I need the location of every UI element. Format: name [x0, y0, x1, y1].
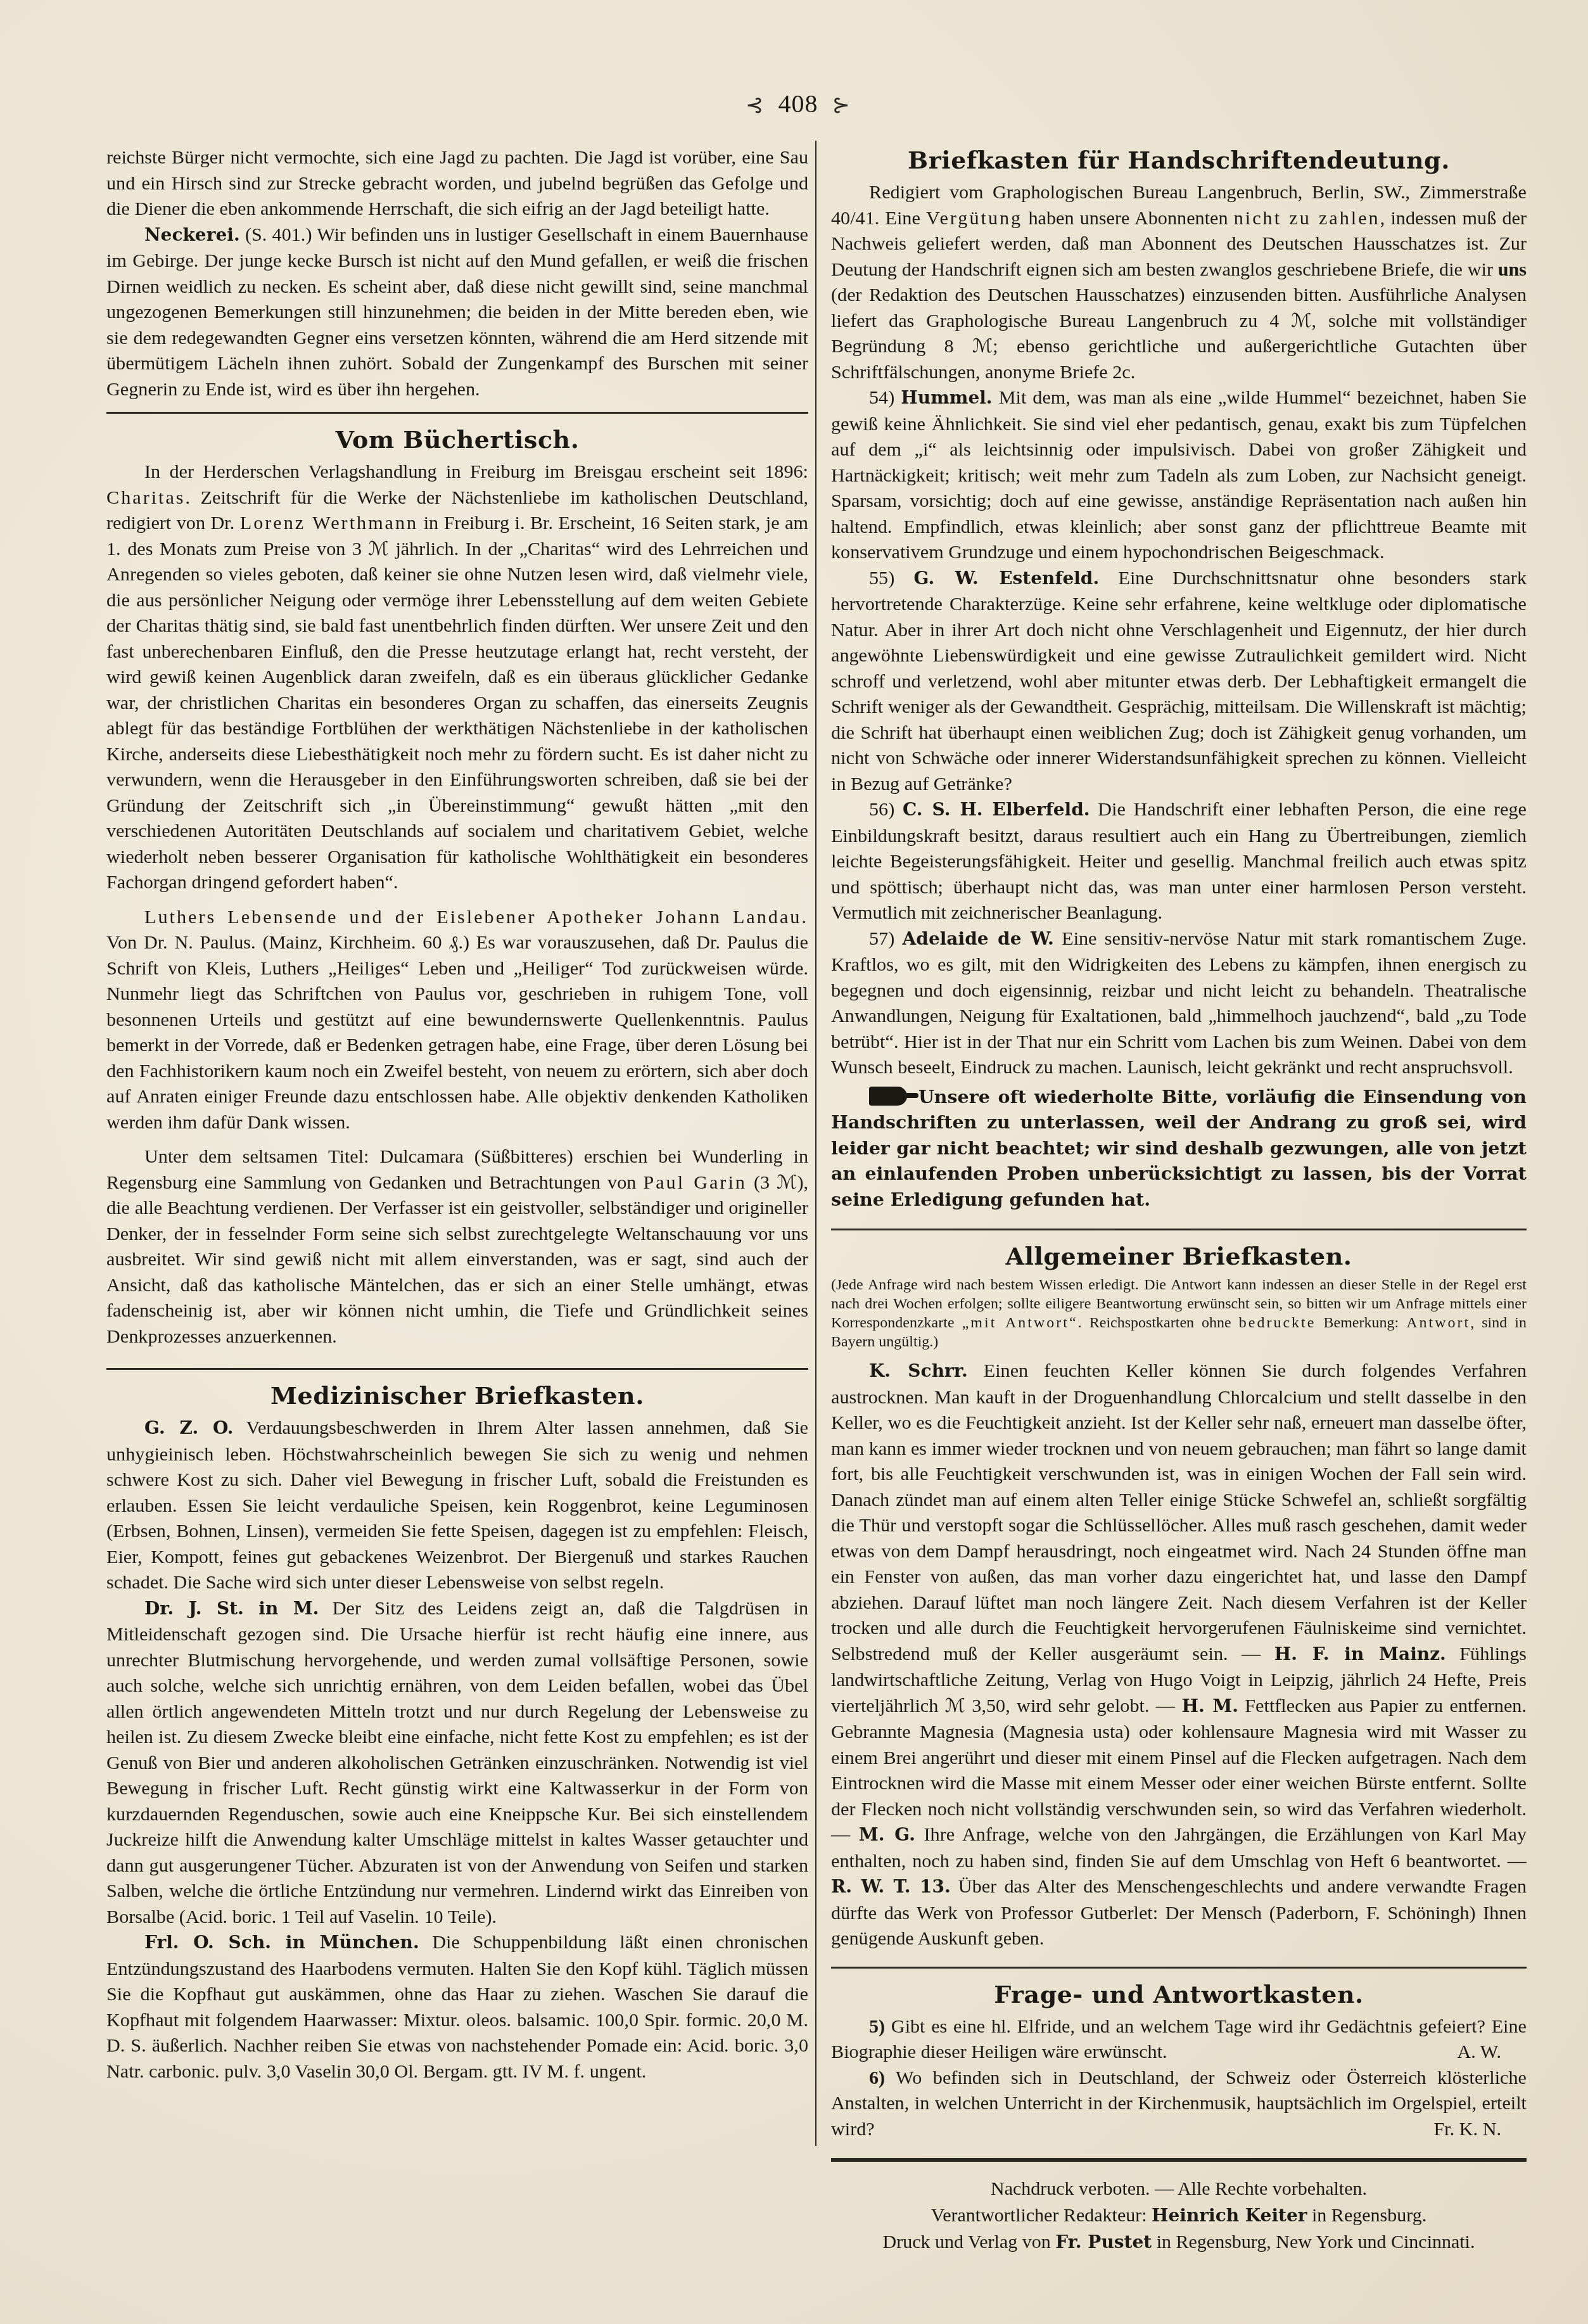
author-name: Paul Garin — [643, 1172, 746, 1193]
question-signature: A. W. — [1419, 2039, 1527, 2065]
section-title-medizin: Medizinischer Briefkasten. — [106, 1381, 808, 1410]
list-item: Frl. O. Sch. in München. Die Schuppenbil… — [106, 1929, 808, 2084]
entry-lead: R. W. T. 13. — [831, 1876, 951, 1897]
entry-text: Fettflecken aus Papier zu entfernen. Geb… — [831, 1695, 1527, 1846]
pointing-hand-icon — [869, 1087, 907, 1106]
text: in Regensburg. — [1307, 2205, 1427, 2226]
entry-number: 56) — [869, 798, 894, 820]
list-item: 55) G. W. Estenfeld. Eine Durchschnittsn… — [831, 565, 1527, 797]
footer-divider — [831, 2158, 1527, 2162]
entry-number: 54) — [869, 386, 894, 408]
section-title-frage: Frage- und Antwortkasten. — [831, 1980, 1527, 2008]
copyright-notice: Nachdruck verboten. — Alle Rechte vorbeh… — [831, 2176, 1527, 2202]
text: Antwort — [1406, 1315, 1470, 1331]
entry-lead: Dr. J. St. in M. — [144, 1598, 319, 1619]
text: . Reichspostkarten ohne — [1078, 1315, 1239, 1331]
text: (der Redaktion des Deutschen Hausschatze… — [831, 284, 1527, 383]
entry-lead: Frl. O. Sch. in München. — [144, 1932, 419, 1953]
list-item: Dr. J. St. in M. Der Sitz des Leidens ze… — [106, 1595, 808, 1930]
question-signature: Fr. K. N. — [1395, 2116, 1527, 2142]
publisher-line: Druck und Verlag von Fr. Pustet in Regen… — [831, 2229, 1527, 2256]
list-item: 54) Hummel. Mit dem, was man als eine „w… — [831, 385, 1527, 565]
medical-entries: G. Z. O. Verdauungsbeschwerden in Ihrem … — [106, 1415, 808, 2084]
section-divider — [106, 1368, 808, 1370]
entry-lead: Hummel. — [901, 387, 992, 408]
section-title-handschrift: Briefkasten für Handschriftendeutung. — [831, 146, 1527, 174]
entry-lead: M. G. — [859, 1824, 915, 1845]
entry-number: 57) — [869, 928, 894, 949]
entry-text: Mit dem, was man als eine „wilde Hummel“… — [831, 386, 1527, 563]
handschrift-notice: Unsere oft wiederholte Bitte, vorläufig … — [831, 1084, 1527, 1213]
article-continuation: reichste Bürger nicht vermochte, sich ei… — [106, 144, 808, 222]
text: „mit Antwort“ — [962, 1315, 1078, 1331]
review-dulcamara: Unter dem seltsamen Titel: Dulcamara (Sü… — [106, 1144, 808, 1349]
text: in Regensburg, New York und Cincinnati. — [1152, 2231, 1475, 2252]
list-item: 56) C. S. H. Elberfeld. Die Handschrift … — [831, 796, 1527, 926]
text: Vergütung — [926, 207, 1022, 229]
book-title: Luthers Lebensende und der Eislebener Ap… — [144, 906, 808, 928]
text: (3 ℳ), die alle Beachtung verdienen. Der… — [106, 1172, 808, 1347]
question-number: 6) — [869, 2067, 885, 2088]
entry-text: (S. 401.) Wir befinden uns in lustiger G… — [106, 224, 808, 400]
entry-text: Verdauungsbeschwerden in Ihrem Alter las… — [106, 1417, 808, 1593]
list-item: 57) Adelaide de W. Eine sensitiv-nervöse… — [831, 926, 1527, 1080]
column-divider — [815, 141, 816, 2146]
text: In der Herderschen Verlagshandlung in Fr… — [144, 461, 808, 482]
text: Druck und Verlag von — [883, 2231, 1056, 2252]
editor-name: Lorenz Werthmann — [240, 512, 419, 533]
entry-text: Ihre Anfrage, welche von den Jahrgängen,… — [831, 1823, 1527, 1872]
section-divider — [831, 1229, 1527, 1230]
entry-text: Eine sensitiv-nervöse Natur mit stark ro… — [831, 928, 1527, 1078]
text: uns — [1498, 259, 1527, 280]
entry-text: Die Schuppenbildung läßt einen chronisch… — [106, 1931, 808, 2082]
section-divider — [106, 412, 808, 414]
text: in Freiburg i. Br. Erscheint, 16 Seiten … — [106, 512, 808, 893]
question-5: 5) Gibt es eine hl. Elfride, und an welc… — [831, 2014, 1527, 2065]
section-title-allgemein: Allgemeiner Briefkasten. — [831, 1242, 1527, 1270]
publisher-name: Fr. Pustet — [1055, 2231, 1152, 2252]
allgemein-note: (Jede Anfrage wird nach bestem Wissen er… — [831, 1275, 1527, 1351]
editor-line: Verantwortlicher Redakteur: Heinrich Kei… — [831, 2202, 1527, 2229]
entry-text: Einen feuchten Keller können Sie durch f… — [831, 1360, 1527, 1664]
allgemein-answers: K. Schrr. Einen feuchten Keller können S… — [831, 1358, 1527, 1951]
entry-number: 55) — [869, 567, 894, 589]
list-item: G. Z. O. Verdauungsbeschwerden in Ihrem … — [106, 1415, 808, 1595]
entry-lead: C. S. H. Elberfeld. — [903, 799, 1090, 820]
imprint: Nachdruck verboten. — Alle Rechte vorbeh… — [831, 2176, 1527, 2256]
page-number: 408 — [778, 89, 818, 118]
ornament-left-icon: ⊰ — [746, 94, 765, 117]
left-column: reichste Bürger nicht vermochte, sich ei… — [106, 144, 808, 2084]
journal-name: Charitas — [106, 487, 186, 508]
text: nicht zu zahlen — [1234, 207, 1380, 229]
entry-lead: G. Z. O. — [144, 1417, 233, 1438]
text: Bemerkung: — [1316, 1315, 1406, 1331]
page-header: ⊰408⊱ — [684, 89, 912, 118]
entry-lead: G. W. Estenfeld. — [914, 568, 1100, 589]
question-6: 6) Wo befinden sich in Deutschland, der … — [831, 2065, 1527, 2142]
text: haben unsere Abonnenten — [1022, 207, 1233, 229]
text: Verantwortlicher Redakteur: — [931, 2205, 1152, 2226]
editor-name: Heinrich Keiter — [1152, 2205, 1307, 2226]
entry-lead: H. F. in Mainz. — [1274, 1644, 1446, 1664]
section-title-buechertisch: Vom Büchertisch. — [106, 425, 808, 454]
ornament-right-icon: ⊱ — [832, 94, 851, 117]
entry-lead: H. M. — [1181, 1695, 1238, 1716]
question-number: 5) — [869, 2015, 885, 2037]
entry-lead: Neckerei. — [144, 224, 240, 245]
review-charitas: In der Herderschen Verlagshandlung in Fr… — [106, 459, 808, 895]
entry-lead: K. Schrr. — [869, 1360, 968, 1381]
section-divider — [831, 1967, 1527, 1969]
text: Von Dr. N. Paulus. (Mainz, Kirchheim. 60… — [106, 931, 808, 1133]
handschrift-intro: Redigiert vom Graphologischen Bureau Lan… — [831, 179, 1527, 385]
text: bedruckte — [1239, 1315, 1316, 1331]
review-luther: Luthers Lebensende und der Eislebener Ap… — [106, 904, 808, 1135]
handschrift-entries: 54) Hummel. Mit dem, was man als eine „w… — [831, 385, 1527, 1080]
entry-lead: Adelaide de W. — [903, 928, 1054, 949]
entry-text: Der Sitz des Leidens zeigt an, daß die T… — [106, 1597, 808, 1927]
article-neckerei: Neckerei. (S. 401.) Wir befinden uns in … — [106, 222, 808, 402]
entry-text: Eine Durchschnittsnatur ohne besonders s… — [831, 567, 1527, 795]
right-column: Briefkasten für Handschriftendeutung. Re… — [831, 144, 1527, 2256]
notice-text: Unsere oft wiederholte Bitte, vorläufig … — [831, 1086, 1527, 1210]
